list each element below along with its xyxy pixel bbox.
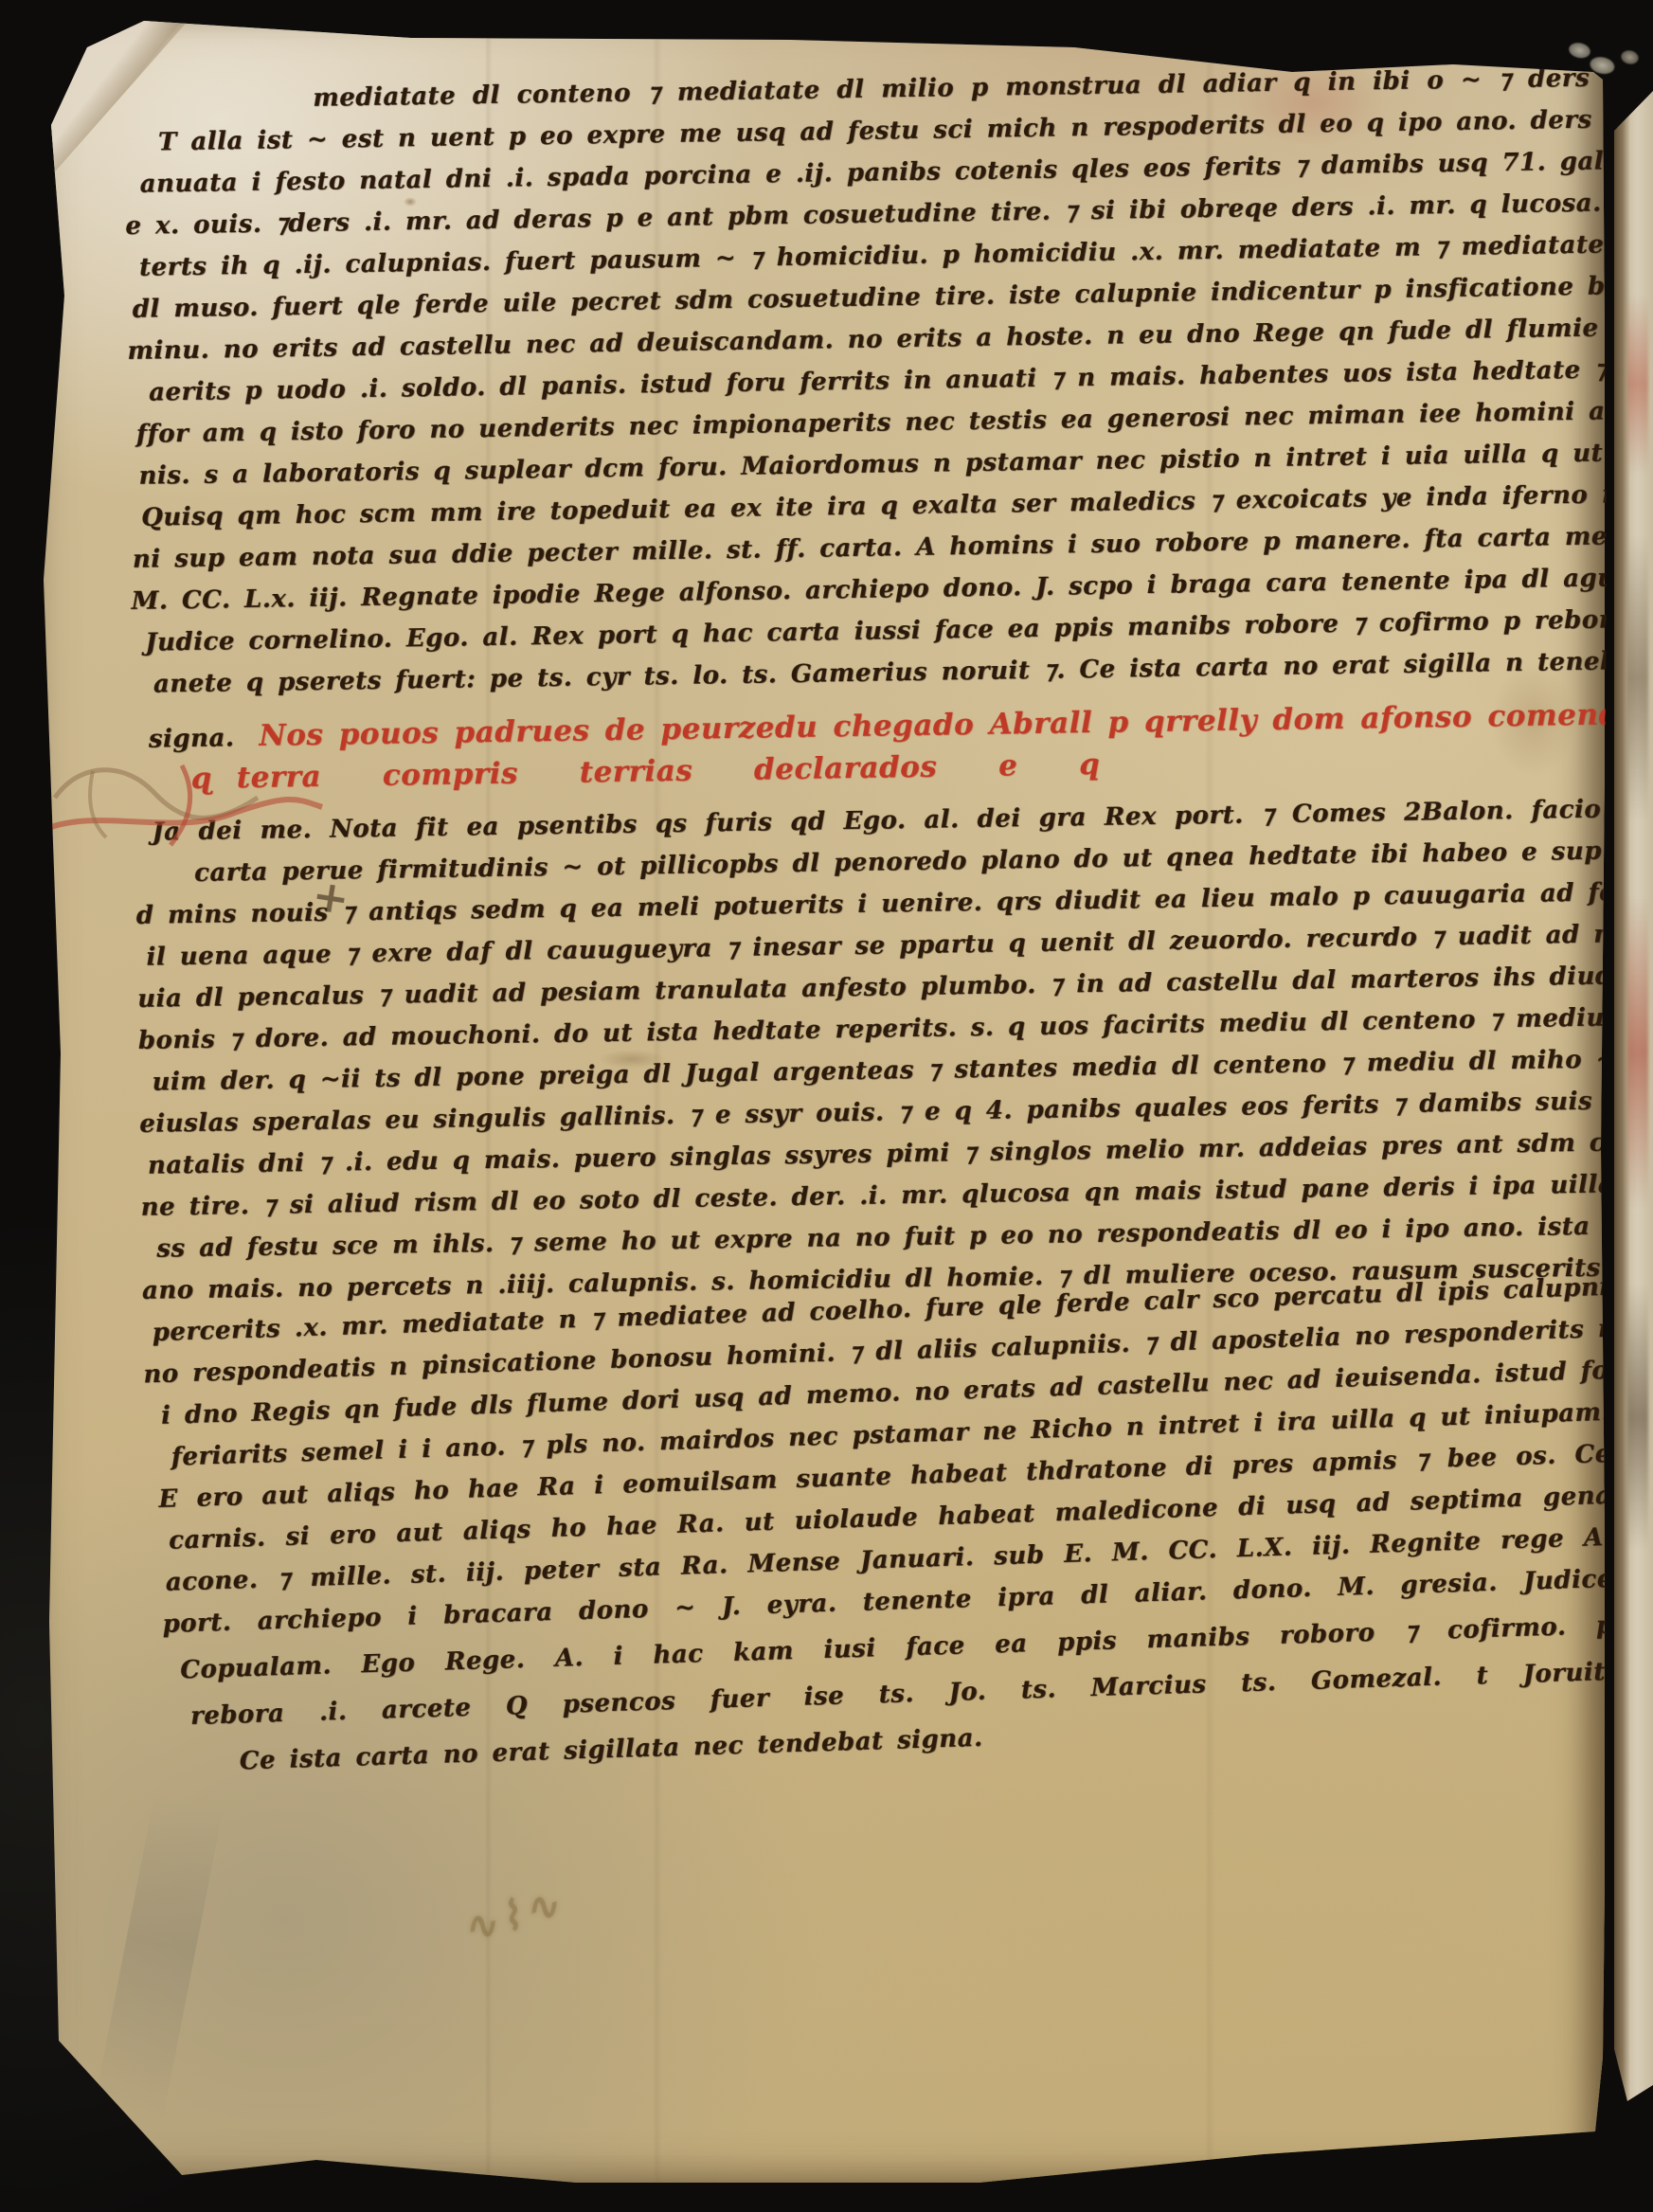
ink-trace (1627, 1285, 1648, 1550)
parchment-page: mediatate dl conteno ⁊ mediatate dl mili… (32, 11, 1605, 2183)
rubric-text: Nos pouos padrues de peurzedu chegado Ab… (259, 695, 1653, 753)
manuscript-photo: mediatate dl conteno ⁊ mediatate dl mili… (0, 0, 1653, 2212)
text-block: mediatate dl conteno ⁊ mediatate dl mili… (123, 60, 1616, 1787)
ink-trace (1627, 536, 1648, 820)
ink-trace (1627, 295, 1648, 475)
margin-scribble (38, 739, 332, 872)
adjacent-leaf-edge (1614, 91, 1653, 2101)
parchment-discoloration (93, 1794, 224, 2124)
ink-trace (1627, 896, 1648, 1209)
offset-ink-smudge: ∿⌇∿ (457, 1814, 778, 1952)
